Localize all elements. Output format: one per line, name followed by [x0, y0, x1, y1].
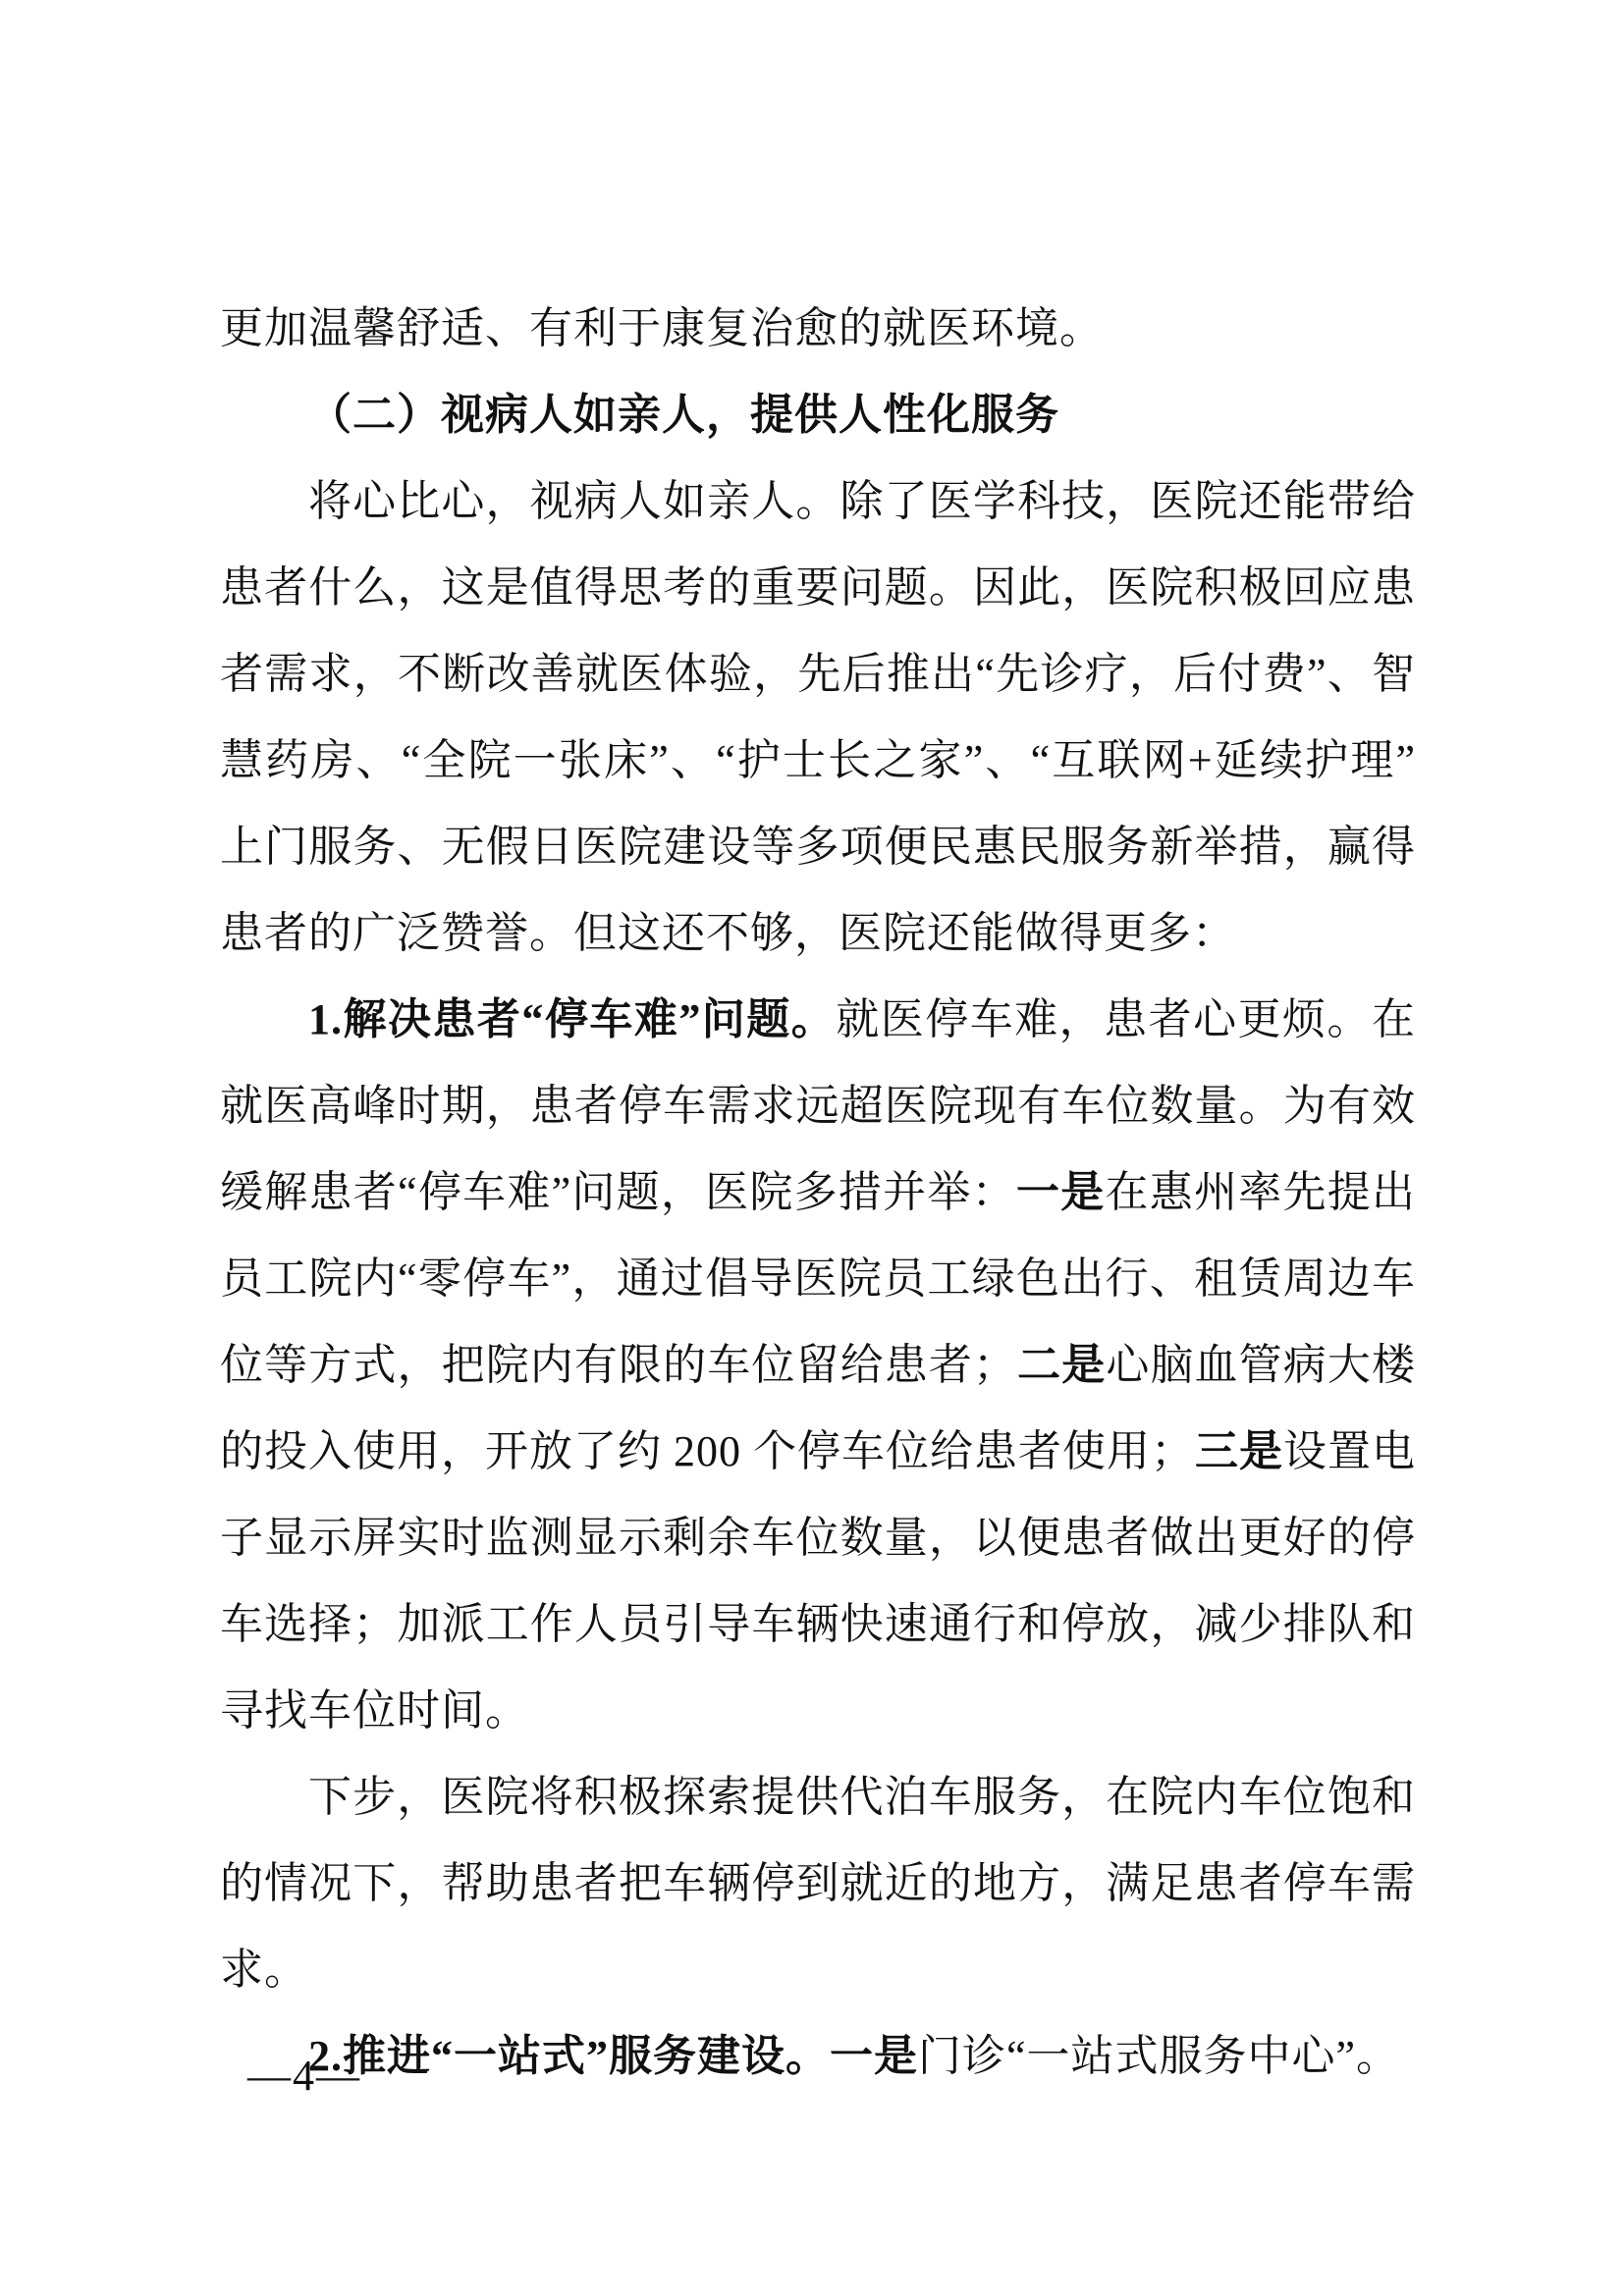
page-number: —4— — [247, 2033, 361, 2119]
bold-text-run: 一是 — [1016, 1168, 1106, 1216]
paragraph-onestop: 2.推进“一站式”服务建设。一是门诊“一站式服务中心”。 — [220, 2013, 1416, 2100]
paragraph-continuation: 更加温馨舒适、有利于康复治愈的就医环境。 — [220, 286, 1416, 372]
paragraph-empathy: 将心比心，视病人如亲人。除了医学科技，医院还能带给患者什么，这是值得思考的重要问… — [220, 458, 1416, 977]
bold-text-run: 三是 — [1195, 1427, 1283, 1475]
paragraph-valet: 下步，医院将积极探索提供代泊车服务，在院内车位饱和的情况下，帮助患者把车辆停到就… — [220, 1754, 1416, 2013]
bold-text-run: 2.推进“一站式”服务建设。一是 — [308, 2032, 918, 2080]
document-body: 更加温馨舒适、有利于康复治愈的就医环境。（二）视病人如亲人，提供人性化服务将心比… — [220, 286, 1416, 2100]
bold-text-run: （二）视病人如亲人，提供人性化服务 — [308, 391, 1059, 439]
text-run: 下步，医院将积极探索提供代泊车服务，在院内车位饱和的情况下，帮助患者把车辆停到就… — [220, 1773, 1416, 1994]
text-run: 将心比心，视病人如亲人。除了医学科技，医院还能带给患者什么，这是值得思考的重要问… — [220, 477, 1416, 957]
text-run: 门诊“一站式服务中心”。 — [918, 2032, 1400, 2080]
section-heading-2: （二）视病人如亲人，提供人性化服务 — [220, 372, 1416, 458]
bold-text-run: 1.解决患者“停车难”问题。 — [308, 995, 836, 1043]
document-page: 更加温馨舒适、有利于康复治愈的就医环境。（二）视病人如亲人，提供人性化服务将心比… — [0, 0, 1624, 2296]
bold-text-run: 二是 — [1017, 1341, 1106, 1389]
text-run: 更加温馨舒适、有利于康复治愈的就医环境。 — [220, 304, 1104, 352]
paragraph-parking: 1.解决患者“停车难”问题。就医停车难，患者心更烦。在就医高峰时期，患者停车需求… — [220, 977, 1416, 1754]
